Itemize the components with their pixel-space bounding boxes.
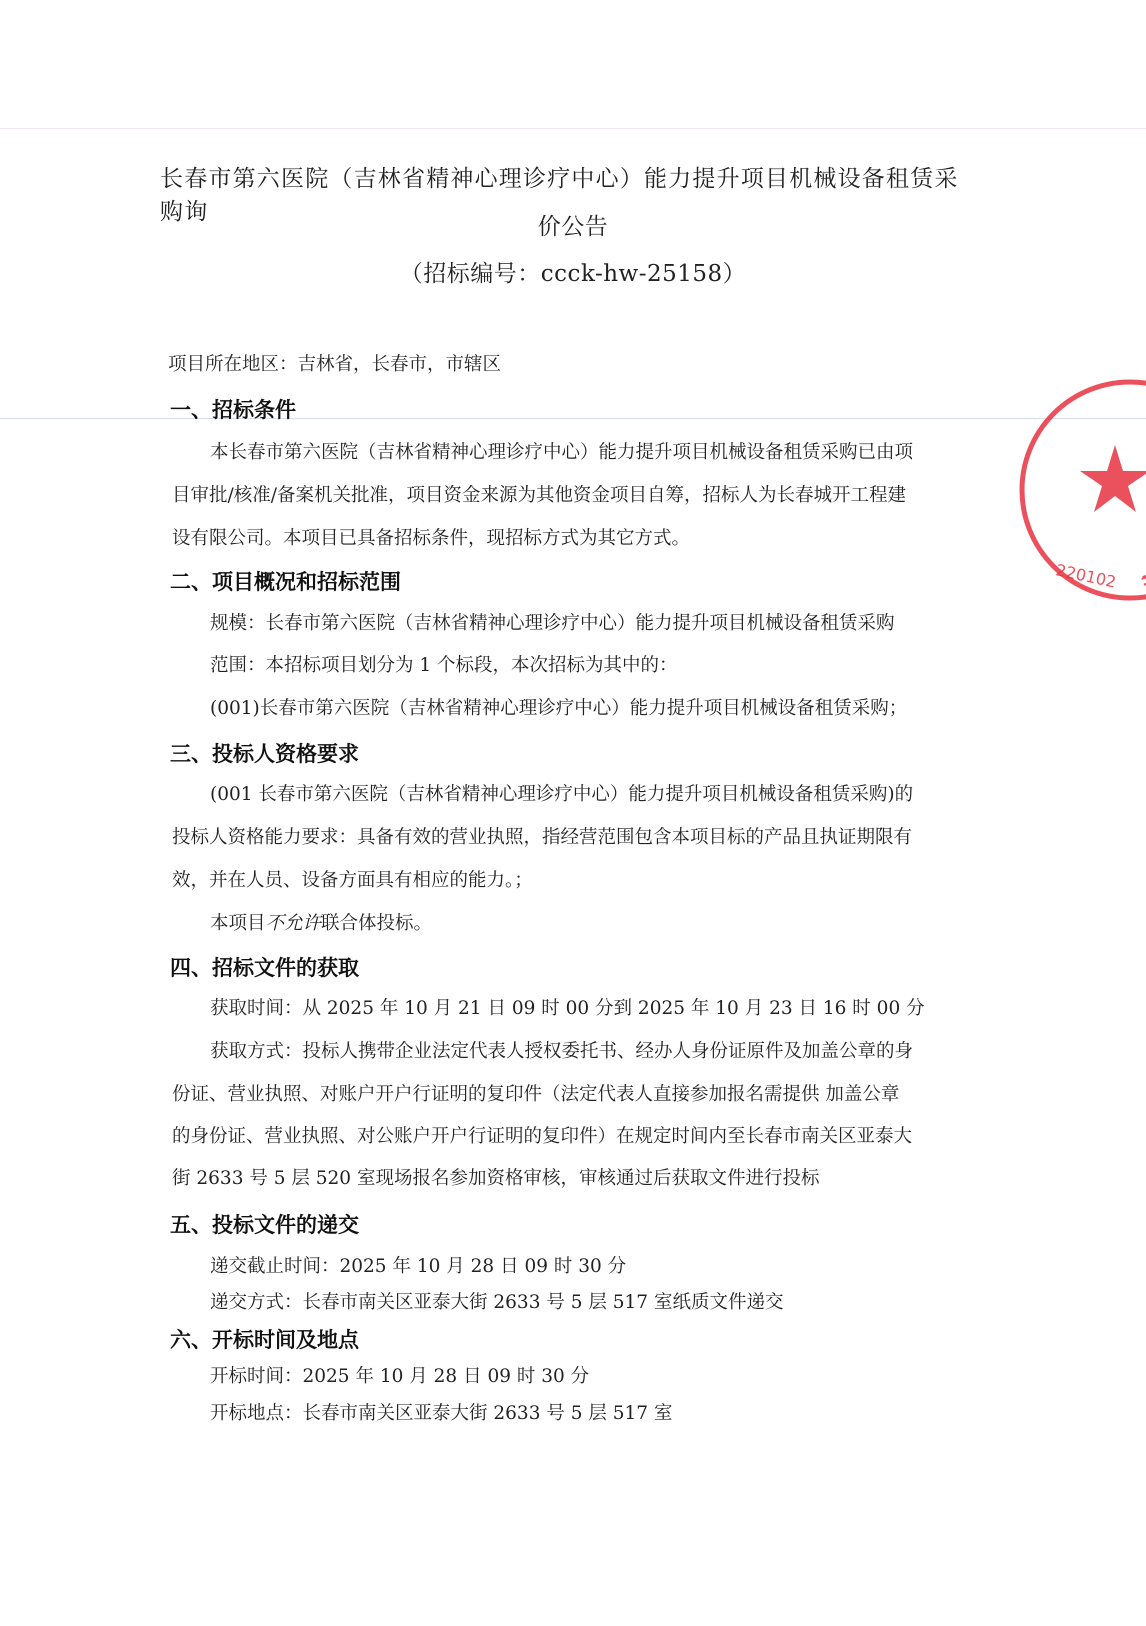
section-4-method-2: 份证、营业执照、对账户开户行证明的复印件（法定代表人直接参加报名需提供 加盖公章: [172, 1080, 899, 1106]
section-6-time: 开标时间：2025 年 10 月 28 日 09 时 30 分: [210, 1362, 589, 1388]
consortium-suffix: 联合体投标。: [321, 913, 432, 934]
section-4-time: 获取时间：从 2025 年 10 月 21 日 09 时 00 分到 2025 …: [210, 994, 925, 1020]
seal-arc-text: 长春城开工程建: [1138, 378, 1146, 605]
section-1-line-2: 目审批/核准/备案机关批准，项目资金来源为其他资金项目自筹，招标人为长春城开工程…: [172, 481, 906, 507]
section-5-method: 递交方式：长春市南关区亚泰大街 2633 号 5 层 517 室纸质文件递交: [210, 1288, 783, 1314]
consortium-prefix: 本项目: [210, 913, 266, 934]
section-3-line-1: (001 长春市第六医院（吉林省精神心理诊疗中心）能力提升项目机械设备租赁采购)…: [210, 780, 913, 806]
section-heading-3: 三、投标人资格要求: [170, 738, 359, 768]
section-1-line-1: 本长春市第六医院（吉林省精神心理诊疗中心）能力提升项目机械设备租赁采购已由项: [210, 438, 913, 464]
section-2-scope: 范围：本招标项目划分为 1 个标段，本次招标为其中的：: [210, 651, 678, 677]
company-seal: 长春城开工程建 220102: [1015, 375, 1146, 605]
section-5-deadline: 递交截止时间：2025 年 10 月 28 日 09 时 30 分: [210, 1252, 626, 1278]
section-4-method-1: 获取方式：投标人携带企业法定代表人授权委托书、经办人身份证原件及加盖公章的身: [210, 1037, 913, 1063]
consortium-not-allowed: 不允许: [266, 913, 322, 934]
bid-number: （招标编号：ccck-hw-25158）: [0, 255, 1146, 288]
section-3-line-2: 投标人资格能力要求：具备有效的营业执照，指经营范围包含本项目标的产品且执证期限有: [172, 823, 912, 849]
section-2-scale: 规模：长春市第六医院（吉林省精神心理诊疗中心）能力提升项目机械设备租赁采购: [210, 609, 895, 635]
section-heading-1: 一、招标条件: [170, 394, 296, 424]
section-1-line-3: 设有限公司。本项目已具备招标条件，现招标方式为其它方式。: [172, 524, 690, 550]
section-3-line-3: 效，并在人员、设备方面具有相应的能力。；: [172, 866, 533, 892]
section-heading-6: 六、开标时间及地点: [170, 1324, 359, 1354]
section-heading-2: 二、项目概况和招标范围: [170, 566, 401, 596]
section-4-method-3: 的身份证、营业执照、对公账户开户行证明的复印件）在规定时间内至长春市南关区亚泰大: [172, 1122, 912, 1148]
consortium-statement: 本项目不允许联合体投标。: [210, 909, 432, 935]
section-heading-5: 五、投标文件的递交: [170, 1209, 359, 1239]
section-2-lot: (001)长春市第六医院（吉林省精神心理诊疗中心）能力提升项目机械设备租赁采购；: [210, 694, 907, 720]
document-title-line2: 价公告: [0, 208, 1146, 241]
scan-line-top: [0, 128, 1146, 129]
project-region: 项目所在地区：吉林省，长春市，市辖区: [168, 350, 501, 376]
star-icon: [1080, 445, 1146, 512]
section-4-method-4: 街 2633 号 5 层 520 室现场报名参加资格审核，审核通过后获取文件进行…: [172, 1164, 819, 1190]
section-heading-4: 四、招标文件的获取: [170, 952, 359, 982]
section-6-location: 开标地点：长春市南关区亚泰大街 2633 号 5 层 517 室: [210, 1399, 672, 1425]
